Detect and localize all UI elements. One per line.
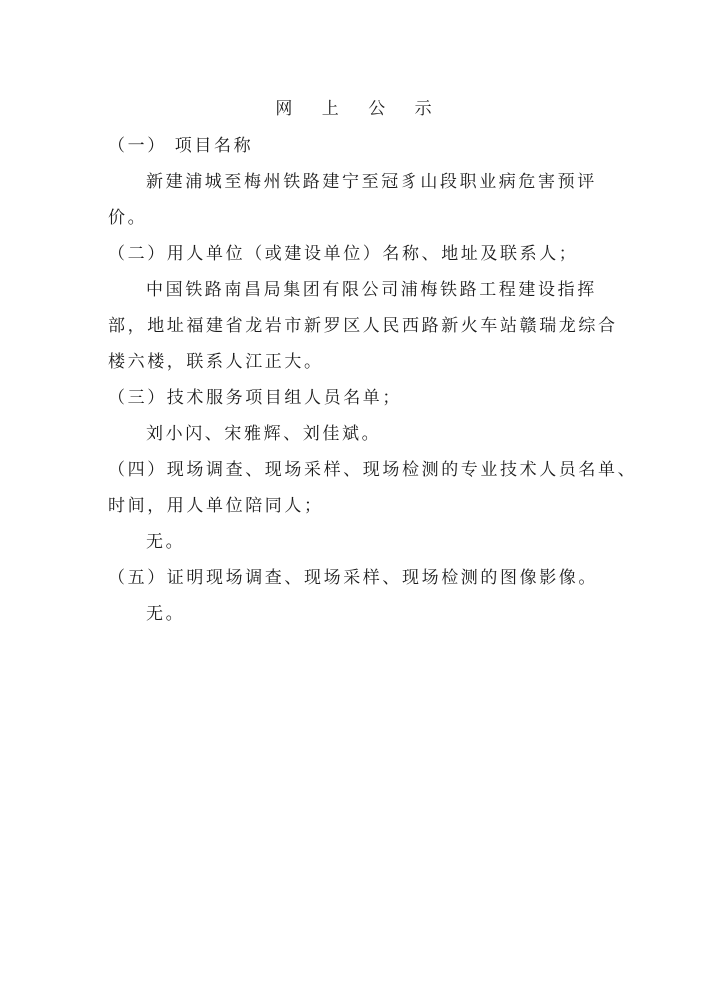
document-page: 网 上 公 示 （一） 项目名称 新建浦城至梅州铁路建宁至冠豸山段职业病危害预评… (0, 0, 707, 1000)
section-2-text-line-2: 部，地址福建省龙岩市新罗区人民西路新火车站赣瑞龙综合 (108, 308, 604, 344)
document-body: （一） 项目名称 新建浦城至梅州铁路建宁至冠豸山段职业病危害预评 价。 （二）用… (108, 128, 604, 632)
section-3-heading: （三）技术服务项目组人员名单； (108, 380, 604, 416)
section-4-text-line-1: 无。 (108, 524, 604, 560)
section-4-heading-line-2: 时间，用人单位陪同人； (108, 488, 604, 524)
section-1-heading: （一） 项目名称 (108, 128, 604, 164)
section-4-heading-line-1: （四）现场调查、现场采样、现场检测的专业技术人员名单、 (108, 452, 604, 488)
page-title: 网 上 公 示 (0, 94, 707, 119)
section-1-text-line-2: 价。 (108, 200, 604, 236)
section-2-heading: （二）用人单位（或建设单位）名称、地址及联系人； (108, 236, 604, 272)
section-2-text-line-1: 中国铁路南昌局集团有限公司浦梅铁路工程建设指挥 (108, 272, 604, 308)
section-2-text-line-3: 楼六楼，联系人江正大。 (108, 344, 604, 380)
section-1-text-line-1: 新建浦城至梅州铁路建宁至冠豸山段职业病危害预评 (108, 164, 604, 200)
section-5-heading: （五）证明现场调查、现场采样、现场检测的图像影像。 (108, 560, 604, 596)
section-3-text-line-1: 刘小闪、宋雅辉、刘佳斌。 (108, 416, 604, 452)
section-5-text-line-1: 无。 (108, 596, 604, 632)
